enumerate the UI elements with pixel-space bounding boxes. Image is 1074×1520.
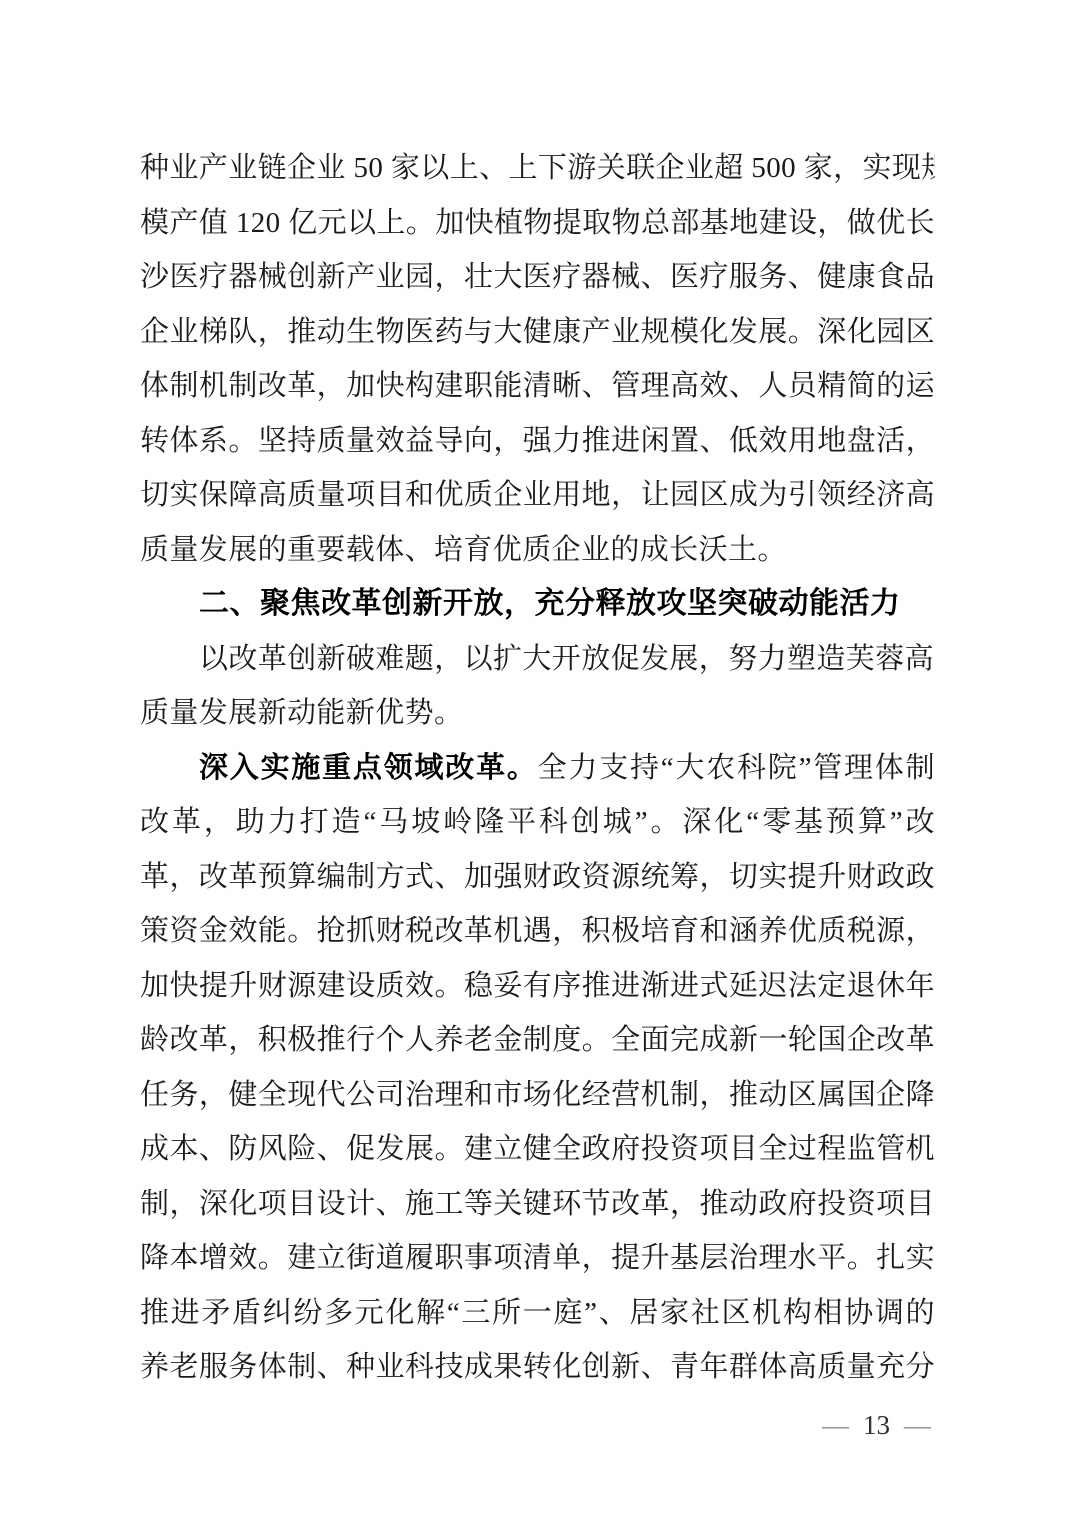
page-number-dash-right: — [904,1410,931,1440]
text-line: 种业产业链企业 50 家以上、上下游关联企业超 500 家，实现规 [140,141,935,196]
text-line: 推进矛盾纠纷多元化解“三所一庭”、居家社区机构相协调的 [140,1286,935,1341]
text-line: 沙医疗器械创新产业园，壮大医疗器械、医疗服务、健康食品 [140,250,935,305]
page-number: 13 [849,1410,904,1440]
text-line: 质量发展新动能新优势。 [140,686,935,741]
line-rest: 全力支持“大农科院”管理体制 [538,752,935,784]
bold-lead-phrase: 深入实施重点领域改革。 [199,752,538,784]
text-line: 模产值 120 亿元以上。加快植物提取物总部基地建设，做优长 [140,196,935,251]
text-line: 任务，健全现代公司治理和市场化经营机制，推动区属国企降 [140,1068,935,1123]
text-line: 企业梯队，推动生物医药与大健康产业规模化发展。深化园区 [140,305,935,360]
section-heading: 二、聚焦改革创新开放，充分释放攻坚突破动能活力 [140,577,935,632]
text-line: 切实保障高质量项目和优质企业用地，让园区成为引领经济高 [140,468,935,523]
text-line: 革，改革预算编制方式、加强财政资源统筹，切实提升财政政 [140,850,935,905]
text-line: 成本、防风险、促发展。建立健全政府投资项目全过程监管机 [140,1122,935,1177]
document-body: 种业产业链企业 50 家以上、上下游关联企业超 500 家，实现规 模产值 12… [140,141,935,1395]
paragraph-1: 种业产业链企业 50 家以上、上下游关联企业超 500 家，实现规 模产值 12… [140,141,935,577]
text-line: 龄改革，积极推行个人养老金制度。全面完成新一轮国企改革 [140,1013,935,1068]
text-line: 质量发展的重要载体、培育优质企业的成长沃土。 [140,523,935,578]
page-number-dash-left: — [822,1410,849,1440]
text-line: 改革，助力打造“马坡岭隆平科创城”。深化“零基预算”改 [140,795,935,850]
text-line: 体制机制改革，加快构建职能清晰、管理高效、人员精简的运 [140,359,935,414]
text-line: 以改革创新破难题，以扩大开放促发展，努力塑造芙蓉高 [140,632,935,687]
text-line: 转体系。坚持质量效益导向，强力推进闲置、低效用地盘活， [140,414,935,469]
text-line: 降本增效。建立街道履职事项清单，提升基层治理水平。扎实 [140,1231,935,1286]
text-line: 制，深化项目设计、施工等关键环节改革，推动政府投资项目 [140,1177,935,1232]
paragraph-2: 以改革创新破难题，以扩大开放促发展，努力塑造芙蓉高 质量发展新动能新优势。 [140,632,935,741]
document-page: 种业产业链企业 50 家以上、上下游关联企业超 500 家，实现规 模产值 12… [0,0,1074,1520]
paragraph-3: 深入实施重点领域改革。全力支持“大农科院”管理体制 改革，助力打造“马坡岭隆平科… [140,741,935,1395]
text-line: 策资金效能。抢抓财税改革机遇，积极培育和涵养优质税源， [140,904,935,959]
text-line: 加快提升财源建设质效。稳妥有序推进渐进式延迟法定退休年 [140,959,935,1014]
text-line: 深入实施重点领域改革。全力支持“大农科院”管理体制 [140,741,935,796]
text-line: 养老服务体制、种业科技成果转化创新、青年群体高质量充分 [140,1340,935,1395]
page-footer: —13— [140,1398,935,1452]
